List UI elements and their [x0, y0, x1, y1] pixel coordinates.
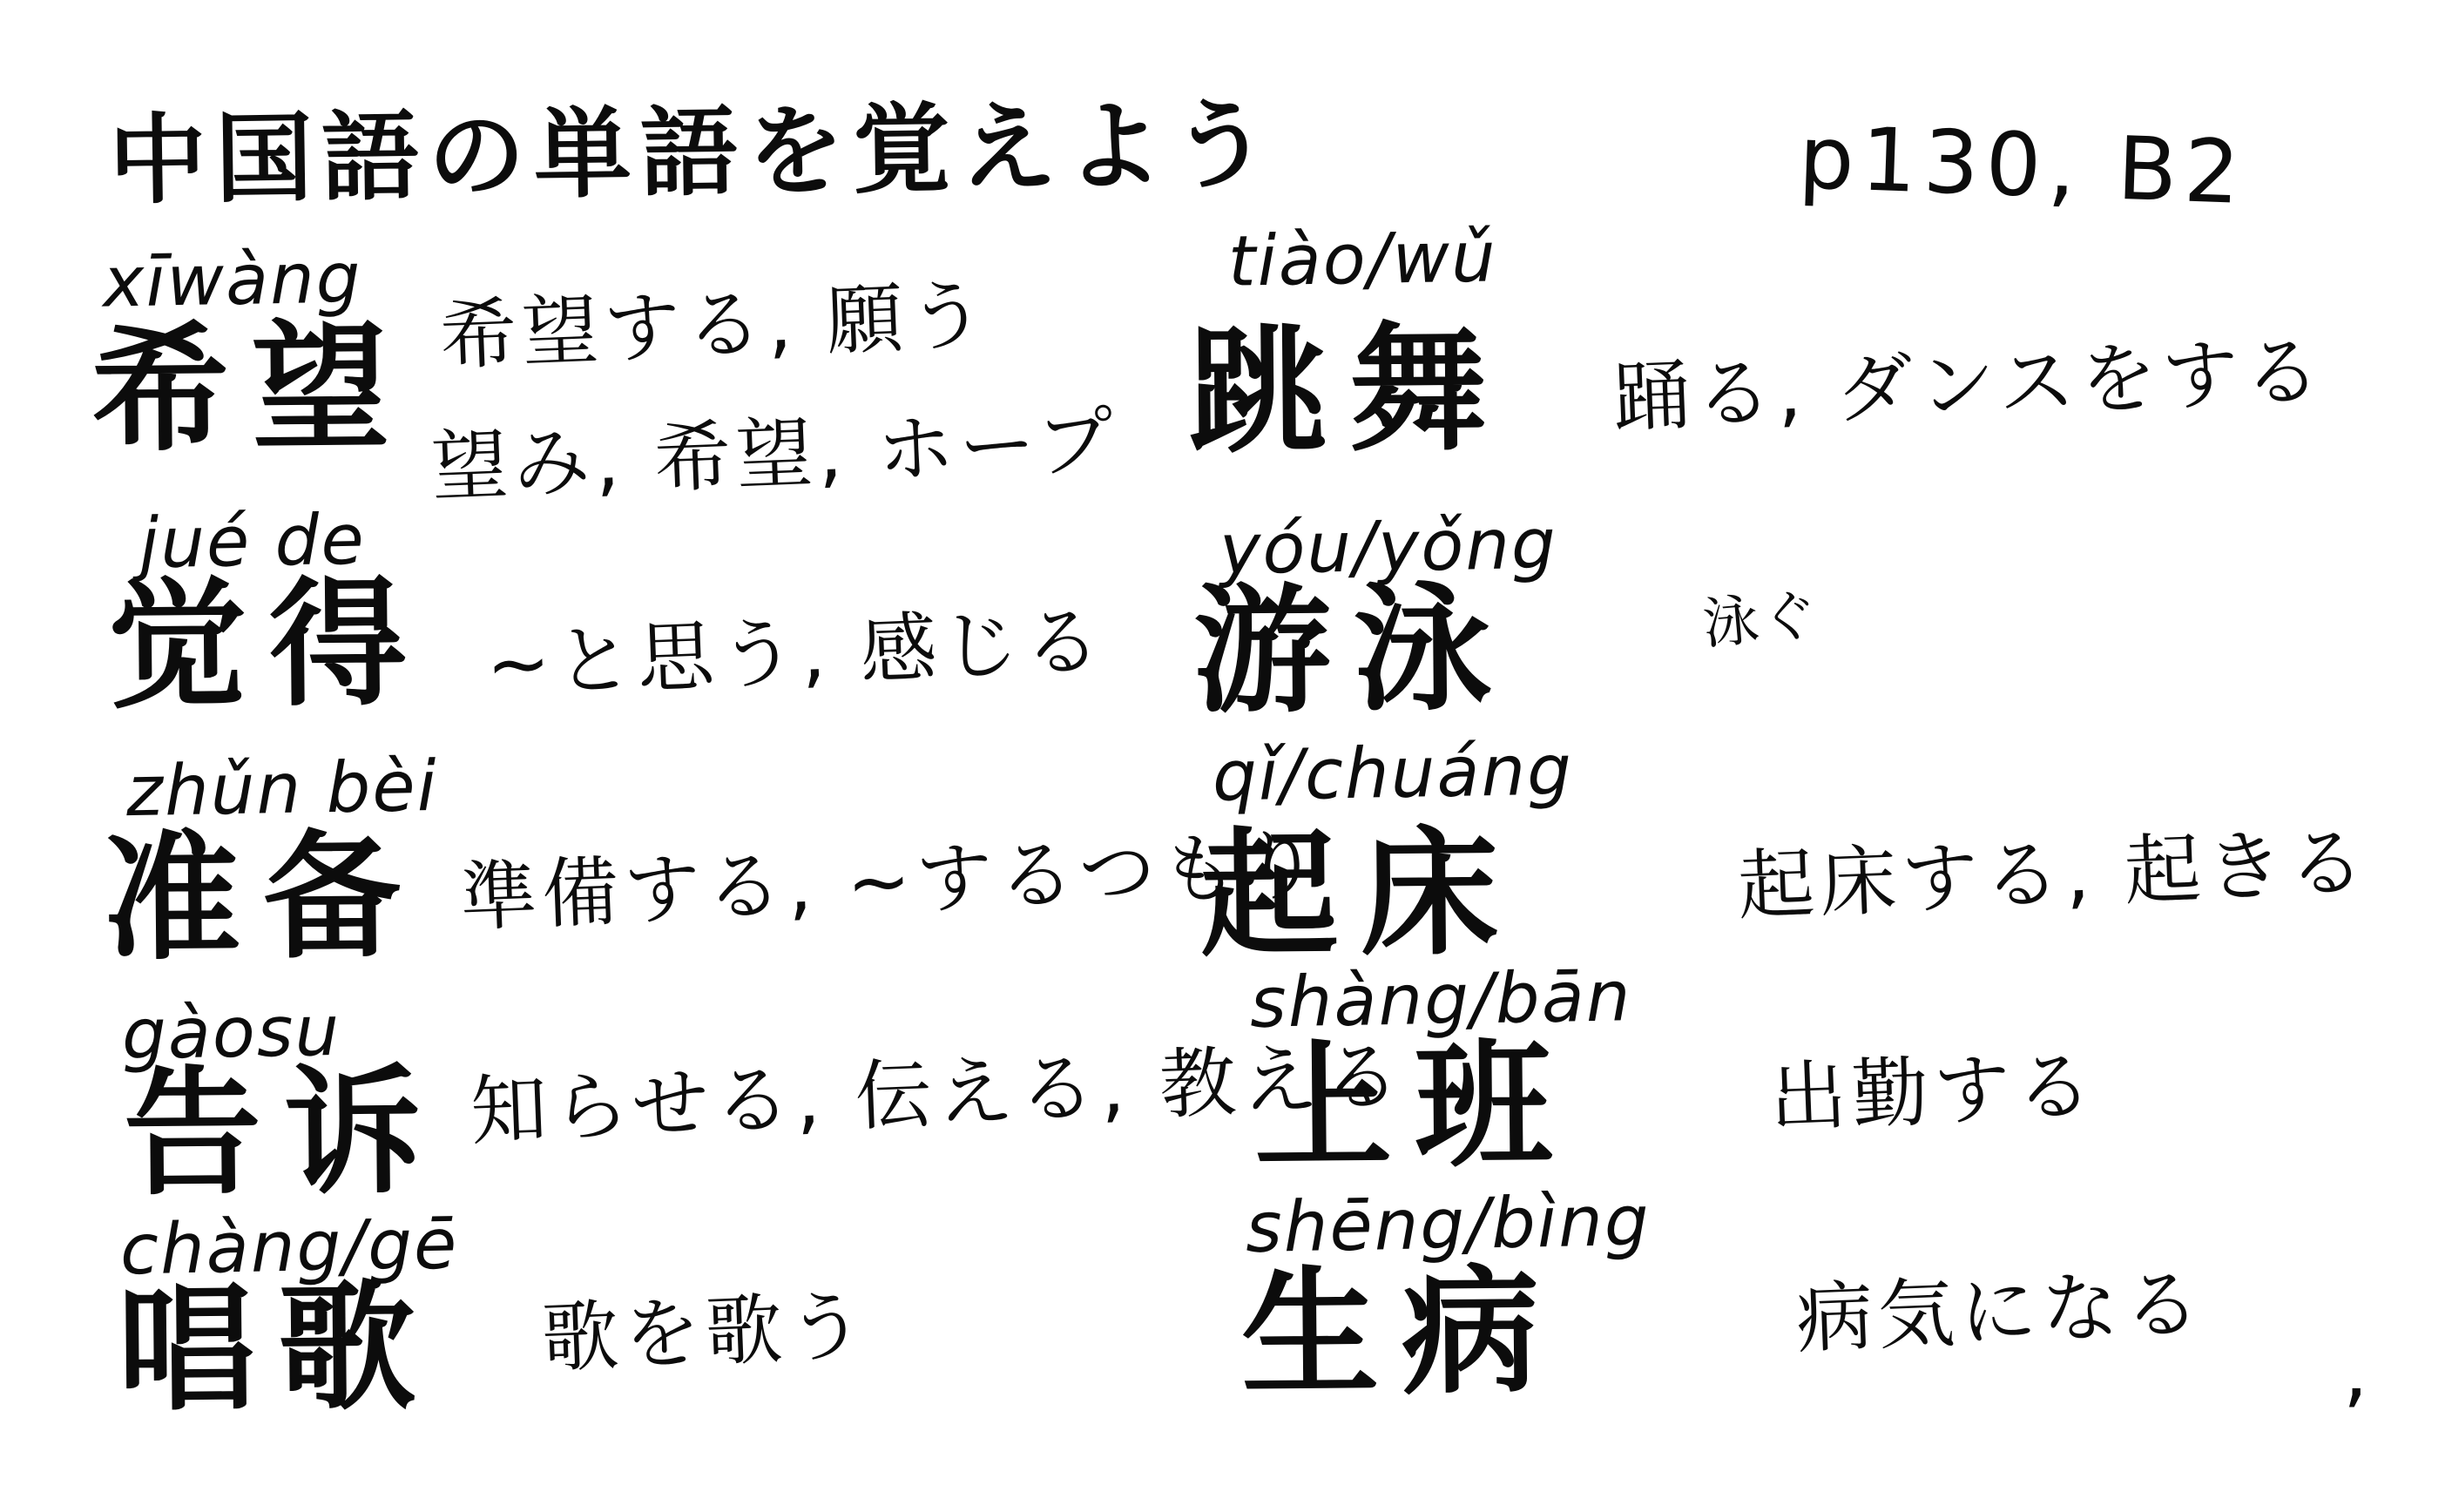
hanzi-shangban: 上班: [1253, 1036, 1575, 1177]
pinyin-qichuang: qǐ/chuáng: [1212, 735, 1573, 811]
meaning-shengbing-1: 病気になる: [1794, 1266, 2206, 1358]
hanzi-qichuang: 起床: [1199, 824, 1521, 964]
pinyin-tiaowu: tiào/wǔ: [1227, 222, 1497, 296]
pinyin-xiwang: xīwàng: [102, 243, 362, 317]
meaning-qichuang-1: 起床する, 起きる: [1737, 824, 2372, 925]
meaning-juede-1: ~と思う, 感じる: [485, 603, 1108, 703]
hanzi-shengbing: 生病: [1240, 1263, 1562, 1403]
meaning-changge-1: 歌を歌う: [540, 1288, 870, 1377]
page-title: 中国語の単語を覚えよう: [108, 97, 1278, 211]
hanzi-gaosu: 告诉: [123, 1063, 444, 1203]
pinyin-shengbing: shēng/bìng: [1245, 1186, 1651, 1263]
meaning-xiwang-1: 希望する, 願う: [439, 277, 992, 375]
hanzi-youyong: 游泳: [1192, 580, 1514, 720]
meaning-shangban-1: 出勤する: [1768, 1048, 2098, 1137]
hanzi-tiaowu: 跳舞: [1188, 321, 1510, 461]
meaning-tiaowu-1: 踊る, ダンスをする: [1612, 333, 2327, 436]
hanzi-juede: 觉得: [108, 575, 429, 715]
notebook-page: 中国語の単語を覚えよう p130, B2 xīwàng 希望 希望する, 願う …: [0, 0, 2452, 1512]
meaning-xiwang-2: 望み, 希望, ホープ: [430, 403, 1120, 506]
hanzi-zhunbei: 准备: [102, 827, 423, 968]
stray-comma-mark: ,: [2343, 1333, 2372, 1411]
hanzi-changge: 唱歌: [117, 1279, 438, 1419]
page-reference: p130, B2: [1797, 114, 2247, 217]
hanzi-xiwang: 希望: [91, 319, 412, 459]
pinyin-zhunbei: zhǔn bèi: [125, 752, 438, 827]
meaning-zhunbei-1: 準備する, ~するつもり: [459, 827, 1326, 936]
meaning-youyong-1: 泳ぐ: [1700, 587, 1821, 652]
